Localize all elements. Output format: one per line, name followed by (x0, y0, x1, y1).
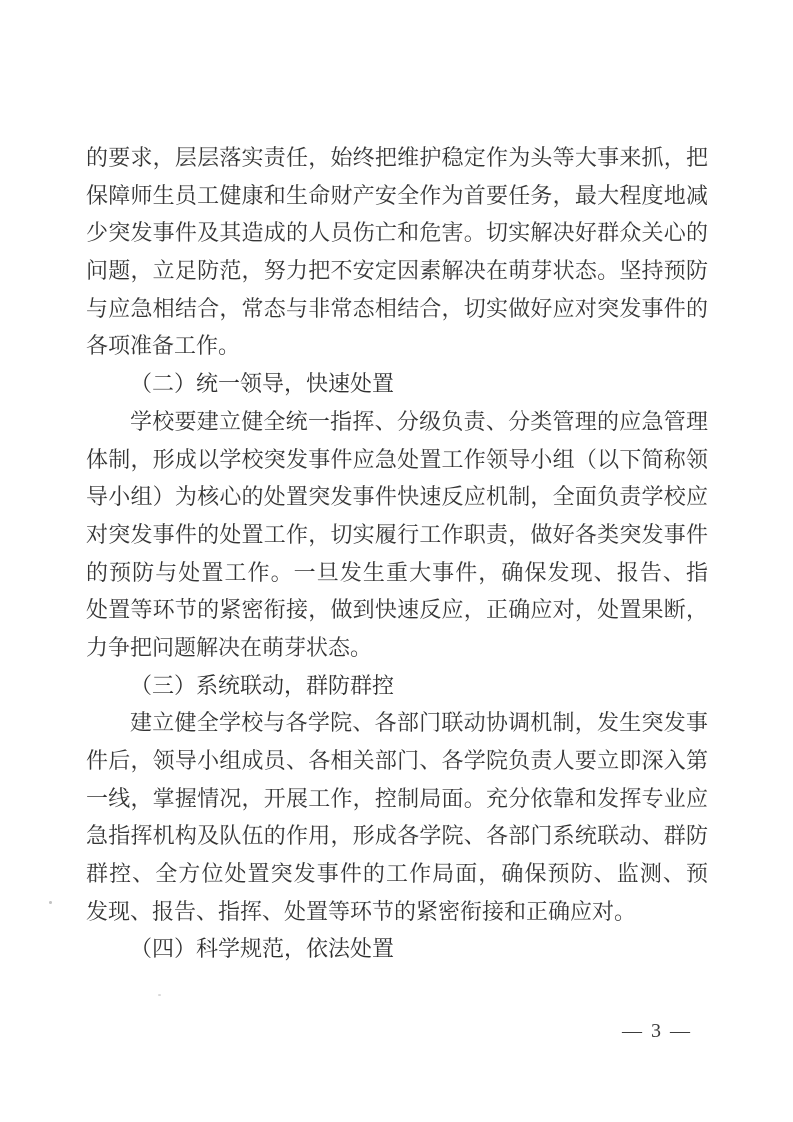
text-line: 建立健全学校与各学院、各部门联动协调机制，发生突发事 (86, 704, 708, 742)
text-line: 导小组）为核心的处置突发事件快速反应机制，全面负责学校应 (86, 478, 708, 516)
text-line: 各项准备工作。 (86, 327, 708, 365)
heading-line: （二）统一领导，快速处置 (86, 365, 708, 403)
document-page: 的要求，层层落实责任，始终把维护稳定作为头等大事来抓，把保障师生员工健康和生命财… (0, 0, 793, 1122)
section-heading: （三）系统联动，群防群控 (86, 667, 708, 705)
text-line: 与应急相结合，常态与非常态相结合，切实做好应对突发事件的 (86, 290, 708, 328)
paragraph: 学校要建立健全统一指挥、分级负责、分类管理的应急管理体制，形成以学校突发事件应急… (86, 403, 708, 667)
text-line: 一线，掌握情况，开展工作，控制局面。充分依靠和发挥专业应 (86, 780, 708, 818)
scan-speck (158, 994, 161, 996)
text-line: 力争把问题解决在萌芽状态。 (86, 629, 708, 667)
text-line: 处置等环节的紧密衔接，做到快速反应，正确应对，处置果断， (86, 591, 708, 629)
section-heading: （四）科学规范，依法处置 (86, 930, 708, 968)
text-line: 体制，形成以学校突发事件应急处置工作领导小组（以下简称领 (86, 441, 708, 479)
text-line: 学校要建立健全统一指挥、分级负责、分类管理的应急管理 (86, 403, 708, 441)
document-content: 的要求，层层落实责任，始终把维护稳定作为头等大事来抓，把保障师生员工健康和生命财… (86, 139, 708, 968)
heading-line: （四）科学规范，依法处置 (86, 930, 708, 968)
text-line: 的要求，层层落实责任，始终把维护稳定作为头等大事来抓，把 (86, 139, 708, 177)
text-line: 保障师生员工健康和生命财产安全作为首要任务，最大程度地减 (86, 177, 708, 215)
text-line: 少突发事件及其造成的人员伤亡和危害。切实解决好群众关心的 (86, 214, 708, 252)
text-line: 发现、报告、指挥、处置等环节的紧密衔接和正确应对。 (86, 893, 708, 931)
section-heading: （二）统一领导，快速处置 (86, 365, 708, 403)
heading-line: （三）系统联动，群防群控 (86, 667, 708, 705)
text-line: 急指挥机构及队伍的作用，形成各学院、各部门系统联动、群防 (86, 817, 708, 855)
text-line: 问题，立足防范，努力把不安定因素解决在萌芽状态。坚持预防 (86, 252, 708, 290)
paragraph: 的要求，层层落实责任，始终把维护稳定作为头等大事来抓，把保障师生员工健康和生命财… (86, 139, 708, 365)
text-line: 对突发事件的处置工作，切实履行工作职责，做好各类突发事件 (86, 516, 708, 554)
page-number: — 3 — (622, 1017, 692, 1045)
text-line: 的预防与处置工作。一旦发生重大事件，确保发现、报告、指挥、 (86, 554, 708, 592)
text-line: 群控、全方位处置突发事件的工作局面，确保预防、监测、预警、 (86, 855, 708, 893)
text-line: 件后，领导小组成员、各相关部门、各学院负责人要立即深入第 (86, 742, 708, 780)
paragraph: 建立健全学校与各学院、各部门联动协调机制，发生突发事件后，领导小组成员、各相关部… (86, 704, 708, 930)
scan-speck (49, 901, 52, 904)
